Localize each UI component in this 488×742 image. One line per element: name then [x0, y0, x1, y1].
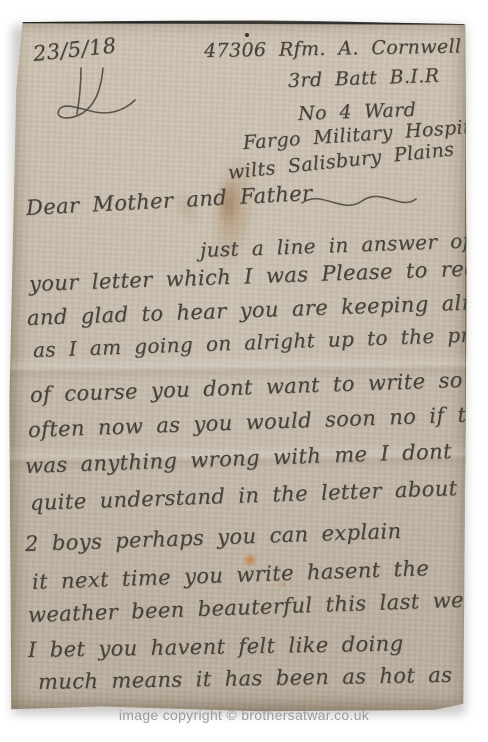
body-line: I bet you havent felt like doing	[28, 631, 404, 662]
ink-dot	[245, 33, 249, 37]
body-line: weather been beauterful this last week	[28, 587, 488, 627]
body-line: much means it has been as hot as this	[38, 662, 488, 694]
address-line-battalion: 3rd Batt B.I.R	[288, 65, 440, 92]
body-line: 2 boys perhaps you can explain	[25, 519, 402, 556]
paper-top-edge	[21, 20, 464, 24]
copyright-watermark: image copyright © brothersatwar.co.uk	[0, 707, 488, 723]
body-line: your letter which I was Please to receiv…	[29, 255, 488, 296]
date-flourish-swash	[51, 68, 141, 130]
letter-date: 23/5/18	[32, 33, 118, 66]
address-line-service-number: 47306 Rfm. A. Cornwell	[204, 36, 462, 62]
body-line: quite understand in the letter about	[30, 476, 458, 515]
letter-photograph: 23/5/18 47306 Rfm. A. Cornwell 3rd Batt …	[0, 0, 488, 742]
body-line: often now as you would soon no if there	[28, 401, 488, 442]
salutation: Dear Mother and Father	[25, 181, 313, 220]
body-line: it next time you write hasent the	[32, 556, 430, 594]
letter-paper: 23/5/18 47306 Rfm. A. Cornwell 3rd Batt …	[9, 20, 467, 712]
address-underline-squiggle	[300, 193, 418, 211]
